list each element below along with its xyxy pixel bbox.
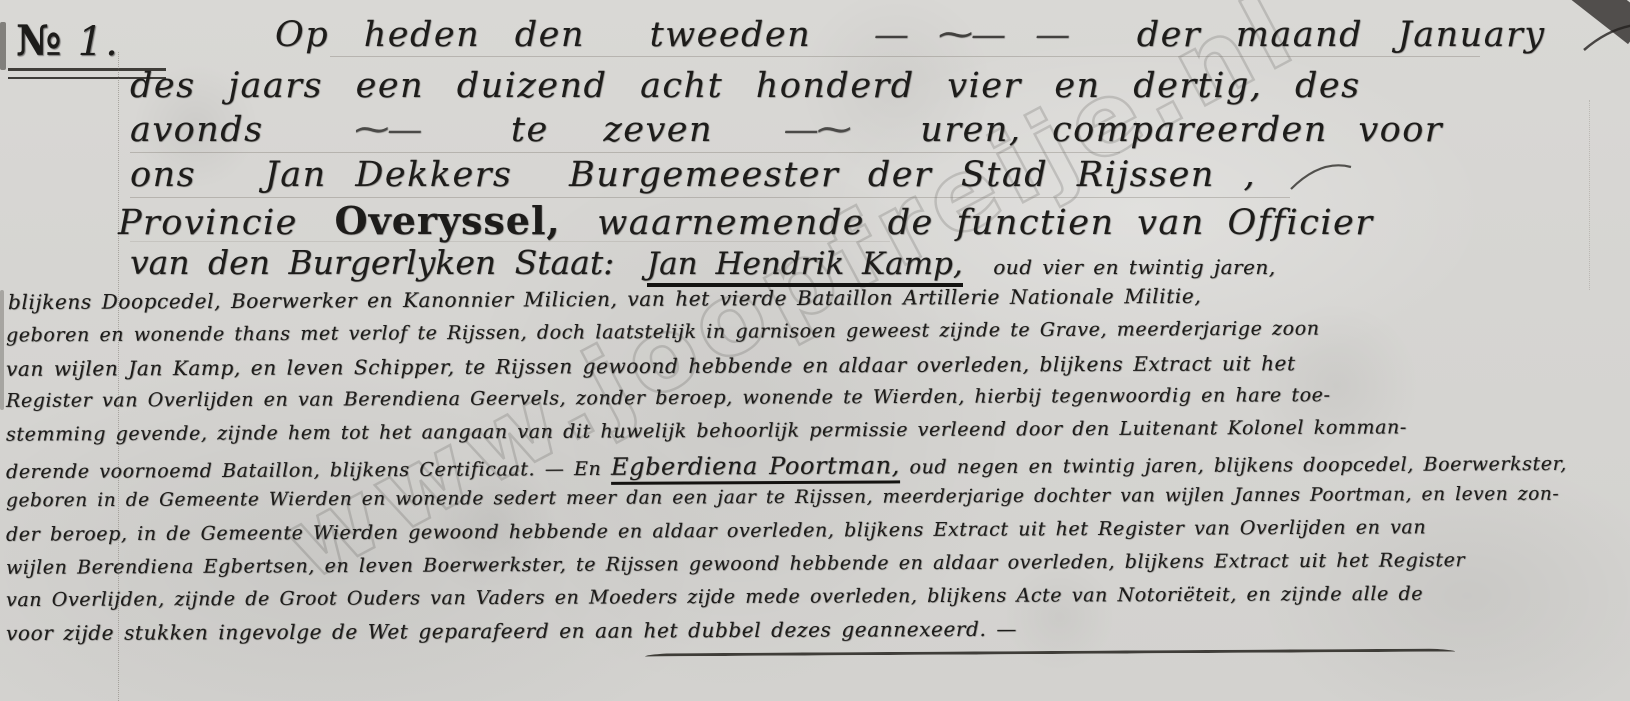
l1-day-word: tweeden bbox=[650, 15, 812, 55]
l3-hour-word: zeven bbox=[603, 110, 713, 150]
body-line-12: derende voornoemd Bataillon, blijkens Ce… bbox=[6, 448, 1567, 484]
body-line-15-text: wijlen Berendiena Egbertsen, en leven Bo… bbox=[6, 549, 1465, 579]
body-line-7: blijkens Doopcedel, Boerwerker en Kanonn… bbox=[8, 284, 1201, 314]
l4-official-name: Jan Dekkers bbox=[265, 155, 513, 195]
body-line-13-text: geboren in de Gemeente Wierden en wonend… bbox=[6, 484, 1559, 512]
text-line-3: avonds ⁓— te zeven —⁓ uren, compareerden… bbox=[130, 110, 1443, 150]
flourish-swash-icon bbox=[1285, 157, 1355, 197]
text-line-5: Provincie Overyssel, waarnemende de func… bbox=[118, 198, 1373, 243]
flourish-swash-icon bbox=[1580, 16, 1630, 58]
l1-der-maand: der maand bbox=[1137, 15, 1363, 55]
l12-after-name: oud negen en twintig jaren, blijkens doo… bbox=[909, 453, 1566, 478]
act-number-value: 1. bbox=[78, 19, 120, 65]
l5-waarnemende-text: waarnemende de functien van Officier bbox=[597, 203, 1373, 243]
body-line-14: der beroep, in de Gemeente Wierden gewoo… bbox=[6, 516, 1426, 545]
body-line-15: wijlen Berendiena Egbertsen, en leven Bo… bbox=[6, 549, 1465, 579]
body-line-10-text: Register van Overlijden en van Berendien… bbox=[6, 384, 1331, 412]
act-number: №1. bbox=[16, 16, 120, 65]
text-line-6: van den Burgerlyken Staat: Jan Hendrik K… bbox=[130, 243, 1276, 282]
l4-ons: ons bbox=[130, 155, 196, 195]
body-line-8-text: geboren en wonende thans met verlof te R… bbox=[6, 318, 1320, 347]
l6-groom-age: oud vier en twintig jaren, bbox=[993, 255, 1275, 279]
body-line-9-text: van wijlen Jan Kamp, en leven Schipper, … bbox=[6, 351, 1296, 381]
l12-before-name: derende voornoemd Bataillon, blijkens Ce… bbox=[6, 458, 601, 483]
numero-sign: № bbox=[16, 16, 64, 65]
l3-te: te bbox=[511, 110, 549, 150]
l1-filler-dashes: — ⁓— — bbox=[874, 15, 1068, 55]
l5-provincie: Provincie bbox=[118, 203, 298, 243]
body-line-9: van wijlen Jan Kamp, en leven Schipper, … bbox=[6, 351, 1296, 381]
guide-line-2 bbox=[130, 152, 1120, 153]
body-line-17-text: voor zijde stukken ingevolge de Wet gepa… bbox=[6, 617, 1017, 645]
l1-op-heden-den: Op heden den bbox=[275, 15, 585, 55]
body-line-11: stemming gevende, zijnde hem tot het aan… bbox=[6, 416, 1407, 445]
text-line-2: des jaars een duizend acht honderd vier … bbox=[130, 66, 1361, 106]
l5-province-name-printed: Overyssel, bbox=[335, 198, 561, 243]
body-line-8: geboren en wonende thans met verlof te R… bbox=[6, 318, 1320, 347]
l3-dash-1: ⁓— bbox=[354, 110, 420, 150]
right-margin-guide-line bbox=[1589, 100, 1590, 290]
l4-title-text: Burgemeester der Stad Rijssen , bbox=[569, 155, 1256, 195]
body-line-14-text: der beroep, in de Gemeente Wierden gewoo… bbox=[6, 516, 1426, 545]
body-line-7-text: blijkens Doopcedel, Boerwerker en Kanonn… bbox=[8, 284, 1201, 314]
body-line-17: voor zijde stukken ingevolge de Wet gepa… bbox=[6, 617, 1017, 645]
text-line-4: ons Jan Dekkers Burgemeester der Stad Ri… bbox=[130, 155, 1355, 197]
text-line-1: Op heden den tweeden — ⁓— — der maand Ja… bbox=[275, 15, 1630, 58]
body-line-10: Register van Overlijden en van Berendien… bbox=[6, 384, 1331, 412]
document-page: www.joopfreije.nl №1. Op heden den tweed… bbox=[0, 0, 1630, 701]
l1-month-name: January bbox=[1398, 15, 1546, 55]
l3-uren-compareerden: uren, compareerden voor bbox=[920, 110, 1443, 150]
scan-edge-artifact-1 bbox=[0, 22, 6, 70]
body-line-16: van Overlijden, zijnde de Groot Ouders v… bbox=[6, 583, 1423, 611]
scan-edge-artifact-2 bbox=[0, 290, 4, 410]
body-line-13: geboren in de Gemeente Wierden en wonend… bbox=[6, 484, 1559, 512]
body-line-16-text: van Overlijden, zijnde de Groot Ouders v… bbox=[6, 583, 1423, 611]
l6-groom-name: Jan Hendrik Kamp, bbox=[647, 246, 963, 287]
l6-burgerlyken-staat: van den Burgerlyken Staat: bbox=[130, 243, 614, 282]
bride-name: Egberdiena Poortman, bbox=[611, 451, 900, 485]
l3-avonds: avonds bbox=[130, 110, 264, 150]
l3-dash-2: —⁓ bbox=[784, 110, 850, 150]
closing-flourish-line bbox=[645, 643, 1455, 657]
body-line-11-text: stemming gevende, zijnde hem tot het aan… bbox=[6, 416, 1407, 445]
l2-text: des jaars een duizend acht honderd vier … bbox=[130, 66, 1361, 106]
